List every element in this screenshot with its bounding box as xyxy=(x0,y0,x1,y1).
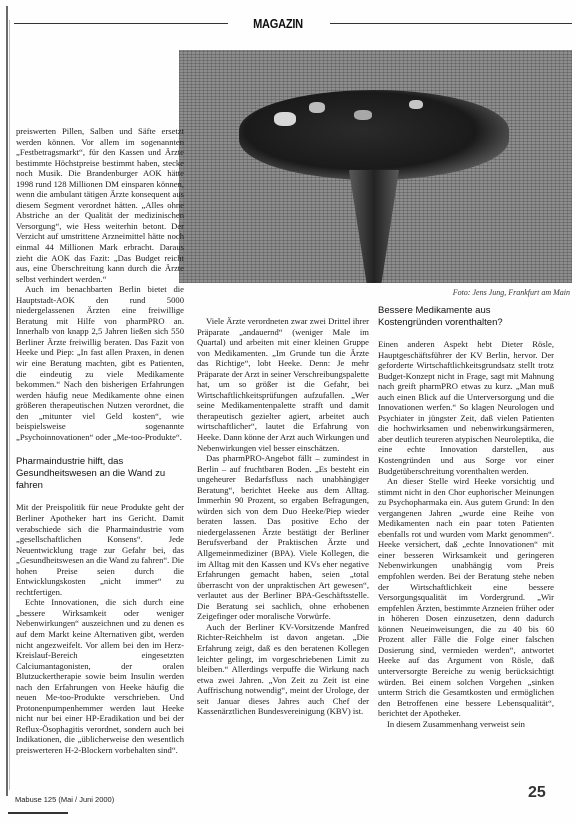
paragraph: An dieser Stelle wird Heeke vorsichtig u… xyxy=(378,476,554,719)
paragraph: Viele Ärzte verordneten zwar zwei Dritte… xyxy=(197,316,369,453)
pill-shape xyxy=(409,100,423,109)
bowl-shape xyxy=(239,90,509,180)
pill-shape xyxy=(354,110,372,120)
paragraph: Auch im benachbarten Berlin bietet die H… xyxy=(16,284,184,442)
paragraph: preiswerten Pillen, Salben und Säfte ers… xyxy=(16,126,184,284)
paragraph: Auch der Berliner KV-Vorsitzende Manfred… xyxy=(197,622,369,717)
subheading: Pharmaindustrie hilft, das Gesundheitswe… xyxy=(16,456,184,492)
paragraph: Das pharmPRO-Angebot fällt – zumindest i… xyxy=(197,453,369,622)
article-column-middle: Viele Ärzte verordneten zwar zwei Dritte… xyxy=(197,316,369,717)
pill-bowl-photo xyxy=(179,50,572,283)
publication-footer: Mabuse 125 (Mai / Juni 2000) xyxy=(15,795,114,804)
pill-shape xyxy=(309,102,325,113)
scan-edge xyxy=(6,6,8,796)
header-rule-right xyxy=(330,23,572,24)
section-title: MAGAZIN xyxy=(237,16,319,31)
photo-credit: Foto: Jens Jung, Frankfurt am Main xyxy=(380,288,570,297)
page-number: 25 xyxy=(528,784,546,802)
bottom-rule xyxy=(8,812,68,814)
paragraph: Mit der Preispolitik für neue Produkte g… xyxy=(16,502,184,597)
pill-shape xyxy=(274,112,296,126)
bowl-stem xyxy=(349,170,399,283)
subheading: Bessere Medikamente aus Kostengründen vo… xyxy=(378,305,554,329)
paragraph: Einen anderen Aspekt hebt Dieter Rösle, … xyxy=(378,339,554,476)
paragraph: Echte Innovationen, die sich durch eine … xyxy=(16,597,184,755)
article-column-left: preiswerten Pillen, Salben und Säfte ers… xyxy=(16,126,184,756)
header-rule-left xyxy=(14,23,228,24)
article-column-right: Bessere Medikamente aus Kostengründen vo… xyxy=(378,305,554,729)
scan-edge-shadow xyxy=(9,20,10,790)
paragraph: In diesem Zusammenhang verweist sein xyxy=(378,719,554,730)
